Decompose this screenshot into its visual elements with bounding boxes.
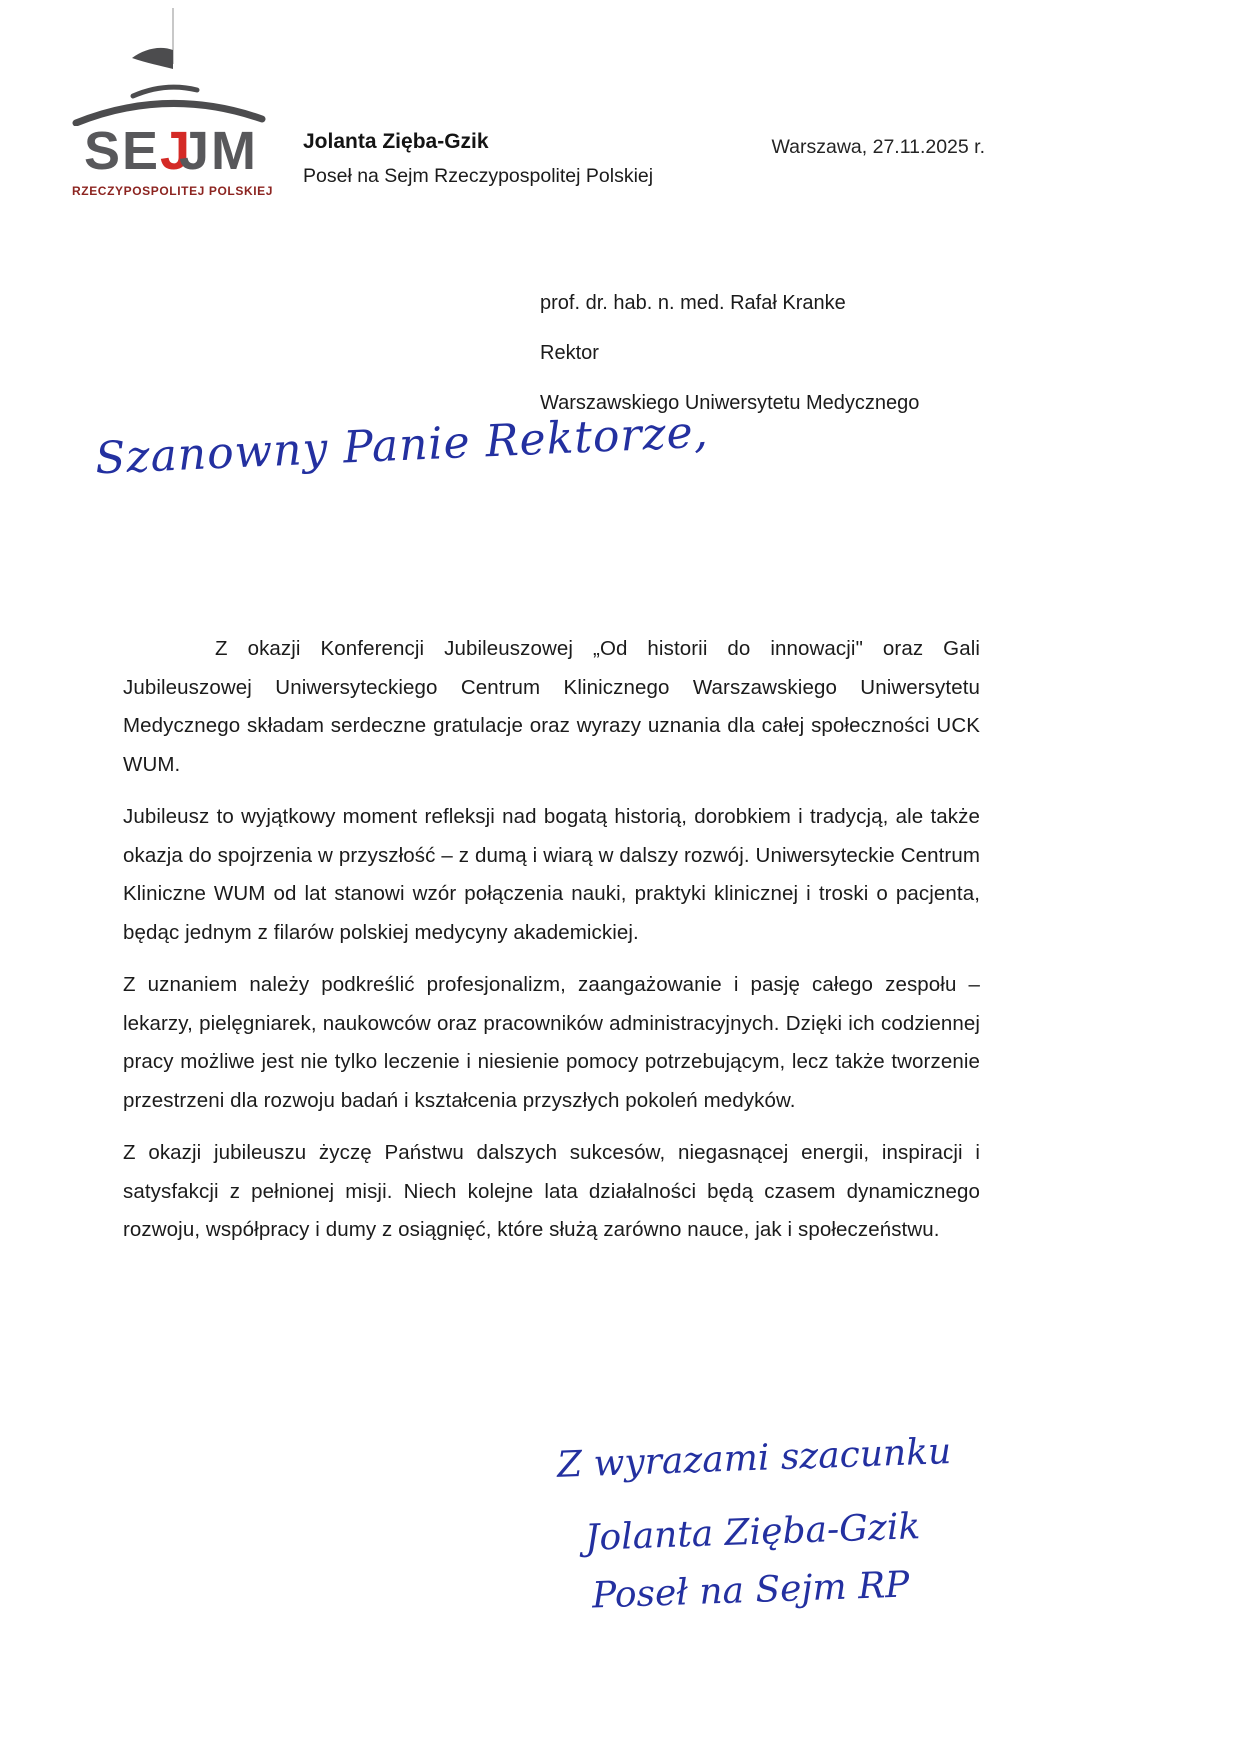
logo-caption: RZECZYPOSPOLITEJ POLSKIEJ [72,184,268,198]
logo-letter-e: E [122,124,158,178]
body-paragraph: Z okazji Konferencji Jubileuszowej „Od h… [123,630,980,784]
logo-letter-j-gray: J [179,124,209,178]
recipient-name: prof. dr. hab. n. med. Rafał Kranke [540,278,919,328]
sender-name: Jolanta Zięba-Gzik [303,130,653,154]
letter-body: Z okazji Konferencji Jubileuszowej „Od h… [123,630,980,1264]
logo-letter-s: S [84,124,120,178]
closing-phrase-handwriting: Z wyrazami szacunku [556,1431,951,1486]
body-paragraph: Z okazji jubileuszu życzę Państwu dalszy… [123,1134,980,1250]
sejm-logo-letters: S E J J M [84,124,256,178]
letter-page: S E J J M RZECZYPOSPOLITEJ POLSKIEJ Jola… [0,0,1240,1754]
logo-letters-jj: J J [160,124,209,178]
dateline: Warszawa, 27.11.2025 r. [730,136,985,159]
sejm-flag-icon [132,48,173,69]
salutation-handwriting: Szanowny Panie Rektorze, [94,407,709,485]
signature-name-handwriting: Jolanta Zięba-Gzik [584,1506,920,1559]
sejm-dome-icon [72,6,268,126]
recipient-position: Rektor [540,328,919,378]
sejm-logo: S E J J M RZECZYPOSPOLITEJ POLSKIEJ [72,6,268,211]
body-paragraph: Jubileusz to wyjątkowy moment refleksji … [123,798,980,952]
sender-title: Poseł na Sejm Rzeczypospolitej Polskiej [303,165,653,188]
body-paragraph: Z uznaniem należy podkreślić profesjonal… [123,966,980,1120]
logo-letter-m: M [211,124,256,178]
recipient-block: prof. dr. hab. n. med. Rafał Kranke Rekt… [540,278,919,428]
sender-block: Jolanta Zięba-Gzik Poseł na Sejm Rzeczyp… [303,130,653,188]
signature-title-handwriting: Poseł na Sejm RP [591,1564,910,1616]
small-arc [133,87,197,96]
